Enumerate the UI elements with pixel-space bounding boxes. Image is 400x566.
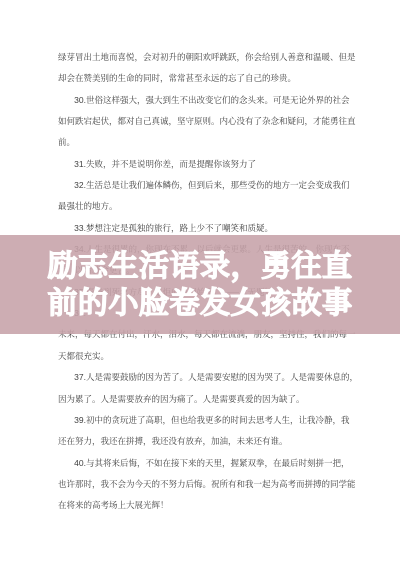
text-line: 37.人是需要鼓励的因为苦了。人是需要安慰的因为哭了。人是需要休息的， xyxy=(58,367,358,388)
text-line: 绿芽冒出土地而喜悦，会对初升的朝阳欢呼跳跃，你会给别人善意和温暖、但是 xyxy=(58,47,358,68)
text-line: 30.世俗这样强大，强大到生不出改变它们的念头来。可是无论外界的社会 xyxy=(58,90,358,111)
text-line: 32.生活总是让我们遍体鳞伤，但到后来，那些受伤的地方一定会变成我们 xyxy=(58,175,358,196)
text-line: 因为累了。人是需要放弃的因为痛了。人是需要真爱的因为缺了。 xyxy=(58,389,358,410)
text-line: 前。 xyxy=(58,132,358,153)
text-line: 40.与其将来后悔，不如在接下来的天里，握紧双拳，在最后时刻拼一把， xyxy=(58,453,358,474)
text-line: 31.失败，并不是说明你差，而是提醒你该努力了 xyxy=(58,154,358,175)
text-line: 39.初中的贪玩进了高职，但也给我更多的时间去思考人生，让我冷静，我 xyxy=(58,410,358,431)
text-line: 却会在赞美别的生命的同时，常常甚至永远的忘了自己的珍贵。 xyxy=(58,68,358,89)
text-line: 天都很充实。 xyxy=(58,346,358,367)
article-title-line-2: 前的小脸卷发女孩故事 xyxy=(48,285,353,322)
text-line: 如何跌宕起伏，都对自己真诚，坚守原则。内心没有了杂念和疑问，才能勇往直 xyxy=(58,111,358,132)
text-line: 最强壮的地方。 xyxy=(58,196,358,217)
title-overlay: 励志生活语录，勇往直 前的小脸卷发女孩故事 xyxy=(0,235,400,334)
text-line: 还在努力，我还在拼搏，我还没有放弃，加油，未来还有谁。 xyxy=(58,431,358,452)
text-line: 也许那时，我不会为今天的不努力后悔。祝所有和我一起为高考而拼搏的同学能 xyxy=(58,474,358,495)
article-title-line-1: 励志生活语录，勇往直 xyxy=(48,248,353,285)
article-page: 绿芽冒出土地而喜悦，会对初升的朝阳欢呼跳跃，你会给别人善意和温暖、但是却会在赞美… xyxy=(0,0,400,566)
text-line: 在将来的高考场上大展光辉！ xyxy=(58,495,358,516)
